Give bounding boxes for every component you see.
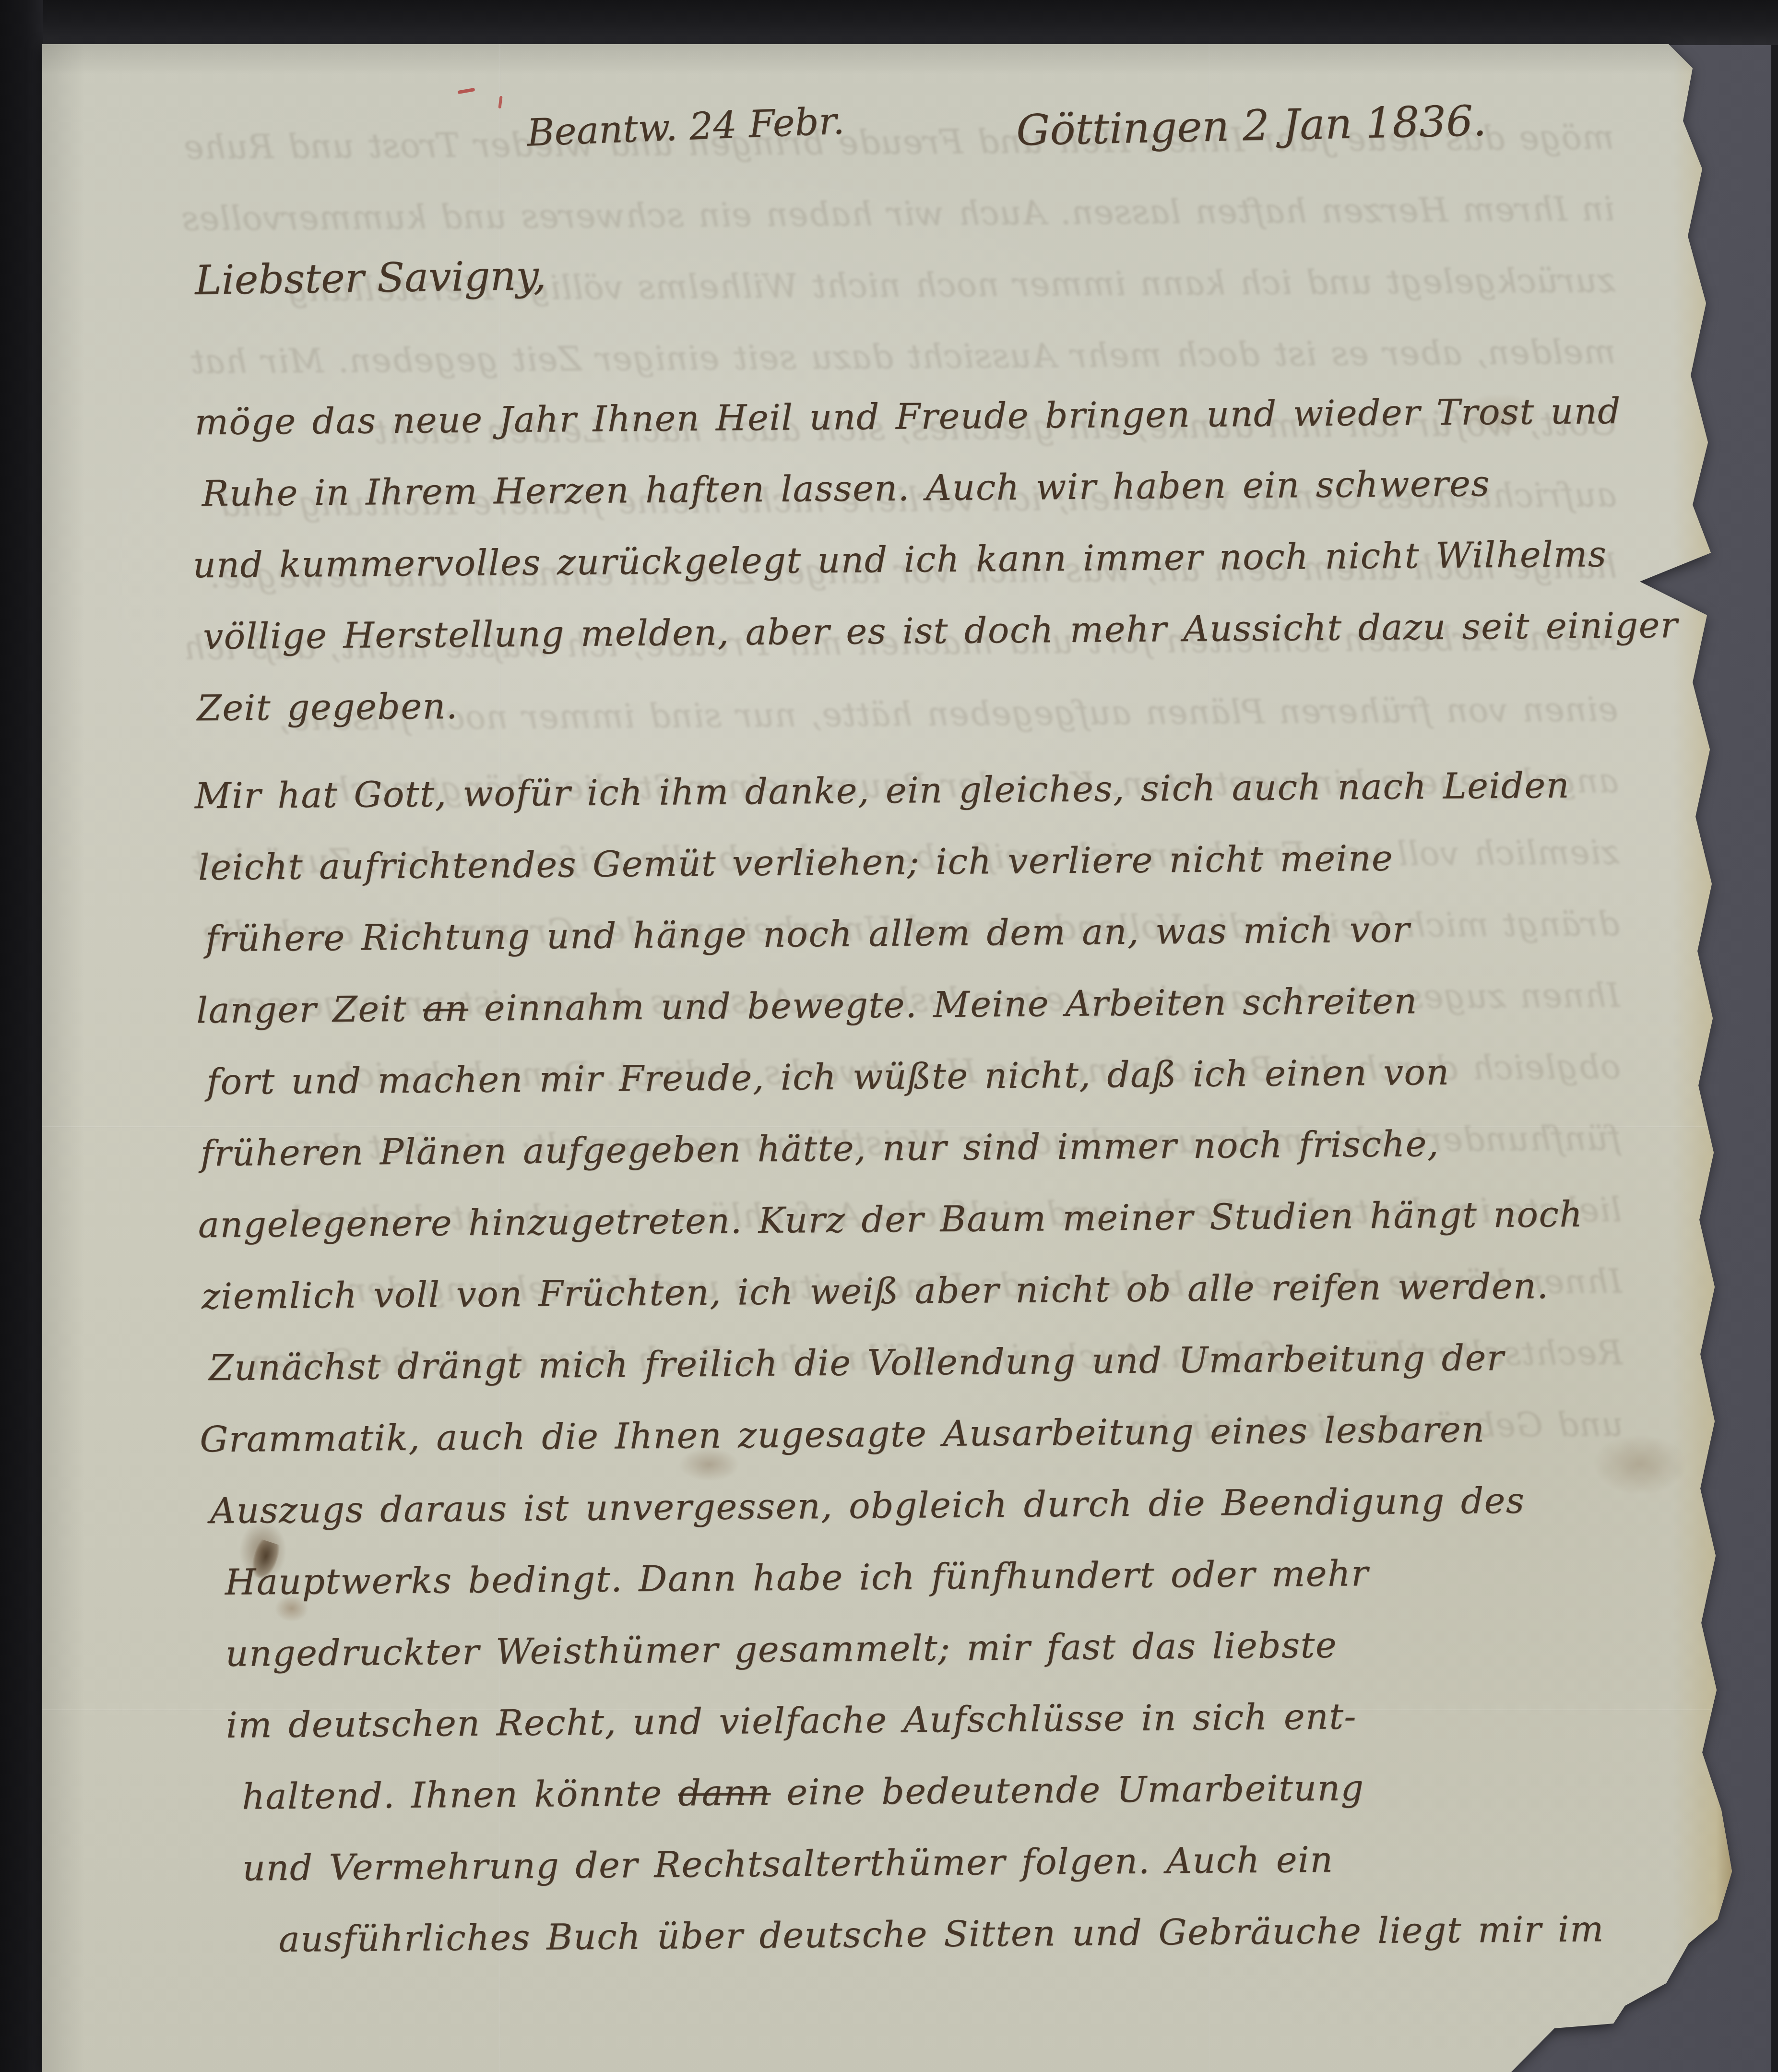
letter-line: völlige Herstellung melden, aber es ist … bbox=[203, 590, 1684, 673]
letter-line: möge das neue Jahr Ihnen Heil und Freude… bbox=[194, 375, 1682, 458]
line-text: und kummervolles zurückgelegt und ich ka… bbox=[193, 534, 1607, 586]
strikethrough-word: an bbox=[423, 988, 468, 1030]
letter-line: Hauptwerks bedingt. Dann habe ich fünfhu… bbox=[225, 1536, 1691, 1619]
backdrop-top-band bbox=[0, 0, 1778, 45]
letter-page: möge das neue Jahr Ihnen Heil und Freude… bbox=[42, 44, 1733, 2072]
letter-line: ziemlich voll von Früchten, ich weiß abe… bbox=[201, 1250, 1689, 1333]
backdrop-right-edge bbox=[1771, 0, 1778, 2072]
letter-body: möge das neue Jahr Ihnen Heil und Freude… bbox=[194, 359, 1694, 1976]
letter-line: haltend. Ihnen könnte dann eine bedeuten… bbox=[242, 1750, 1693, 1833]
letter-line: und kummervolles zurückgelegt und ich ka… bbox=[193, 518, 1683, 601]
line-text: eine bedeutende Umarbeitung bbox=[770, 1767, 1364, 1813]
line-text: einnahm und bewegte. Meine Arbeiten schr… bbox=[468, 980, 1418, 1029]
line-text: Hauptwerks bedingt. Dann habe ich fünfhu… bbox=[225, 1553, 1369, 1603]
line-text: haltend. Ihnen könnte bbox=[242, 1773, 678, 1817]
letter-line: ungedruckter Weisthümer gesammelt; mir f… bbox=[225, 1607, 1692, 1690]
letter-line: Ruhe in Ihrem Herzen haften lassen. Auch… bbox=[202, 447, 1683, 530]
line-text: leicht aufrichtendes Gemüt verliehen; ic… bbox=[198, 838, 1394, 889]
salutation: Liebster Savigny, bbox=[194, 252, 546, 304]
line-text: im deutschen Recht, und vielfache Aufsch… bbox=[226, 1696, 1357, 1746]
letter-line: Grammatik, auch die Ihnen zugesagte Ausa… bbox=[200, 1393, 1690, 1476]
letter-line: und Vermehrung der Rechtsalterthümer fol… bbox=[242, 1822, 1694, 1905]
line-text: möge das neue Jahr Ihnen Heil und Freude… bbox=[194, 391, 1621, 443]
line-text: ungedruckter Weisthümer gesammelt; mir f… bbox=[225, 1625, 1338, 1675]
letter-line: Zeit gegeben. bbox=[197, 661, 1684, 744]
line-text: fort und machen mir Freude, ich wüßte ni… bbox=[206, 1052, 1450, 1103]
letter-line: ausführliches Buch über deutsche Sitten … bbox=[278, 1893, 1694, 1976]
letter-line: angelegenere hinzugetreten. Kurz der Bau… bbox=[198, 1178, 1688, 1261]
letter-line: im deutschen Recht, und vielfache Aufsch… bbox=[226, 1679, 1693, 1762]
line-text: Ruhe in Ihrem Herzen haften lassen. Auch… bbox=[202, 463, 1491, 514]
letter-line: langer Zeit an einnahm und bewegte. Mein… bbox=[196, 964, 1687, 1047]
line-text: früheren Plänen aufgegeben hätte, nur si… bbox=[200, 1123, 1439, 1174]
line-text: Auszugs daraus ist unvergessen, obgleich… bbox=[210, 1480, 1525, 1532]
letter-line: leicht aufrichtendes Gemüt verliehen; ic… bbox=[198, 821, 1685, 904]
letter-line: Auszugs daraus ist unvergessen, obgleich… bbox=[210, 1464, 1691, 1547]
letter-line: Mir hat Gott, wofür ich ihm danke, ein g… bbox=[194, 749, 1685, 832]
letter-line: frühere Richtung und hänge noch allem de… bbox=[205, 892, 1686, 975]
line-text: völlige Herstellung melden, aber es ist … bbox=[203, 605, 1678, 657]
line-text: frühere Richtung und hänge noch allem de… bbox=[205, 909, 1411, 960]
dateline: Göttingen 2 Jan 1836. bbox=[1016, 96, 1487, 155]
line-text: Grammatik, auch die Ihnen zugesagte Ausa… bbox=[200, 1409, 1485, 1460]
backdrop-left-band bbox=[0, 0, 43, 2072]
line-text: und Vermehrung der Rechtsalterthümer fol… bbox=[242, 1839, 1334, 1889]
line-text: Zeit gegeben. bbox=[197, 686, 458, 729]
manuscript-scan: möge das neue Jahr Ihnen Heil und Freude… bbox=[0, 0, 1778, 2072]
line-text: angelegenere hinzugetreten. Kurz der Bau… bbox=[198, 1194, 1583, 1246]
line-text: Mir hat Gott, wofür ich ihm danke, ein g… bbox=[195, 765, 1570, 817]
line-text: ziemlich voll von Früchten, ich weiß abe… bbox=[202, 1265, 1549, 1317]
line-text: langer Zeit bbox=[196, 988, 423, 1032]
red-pencil-mark bbox=[458, 88, 475, 94]
letter-line: früheren Plänen aufgegeben hätte, nur si… bbox=[200, 1107, 1688, 1190]
strikethrough-word: dann bbox=[678, 1772, 770, 1814]
line-text: ausführliches Buch über deutsche Sitten … bbox=[278, 1908, 1604, 1960]
line-text: Zunächst drängt mich freilich die Vollen… bbox=[209, 1337, 1505, 1389]
letter-line: fort und machen mir Freude, ich wüßte ni… bbox=[206, 1035, 1687, 1118]
paper-sheet: möge das neue Jahr Ihnen Heil und Freude… bbox=[42, 44, 1733, 2072]
letter-line: Zunächst drängt mich freilich die Vollen… bbox=[209, 1321, 1690, 1404]
